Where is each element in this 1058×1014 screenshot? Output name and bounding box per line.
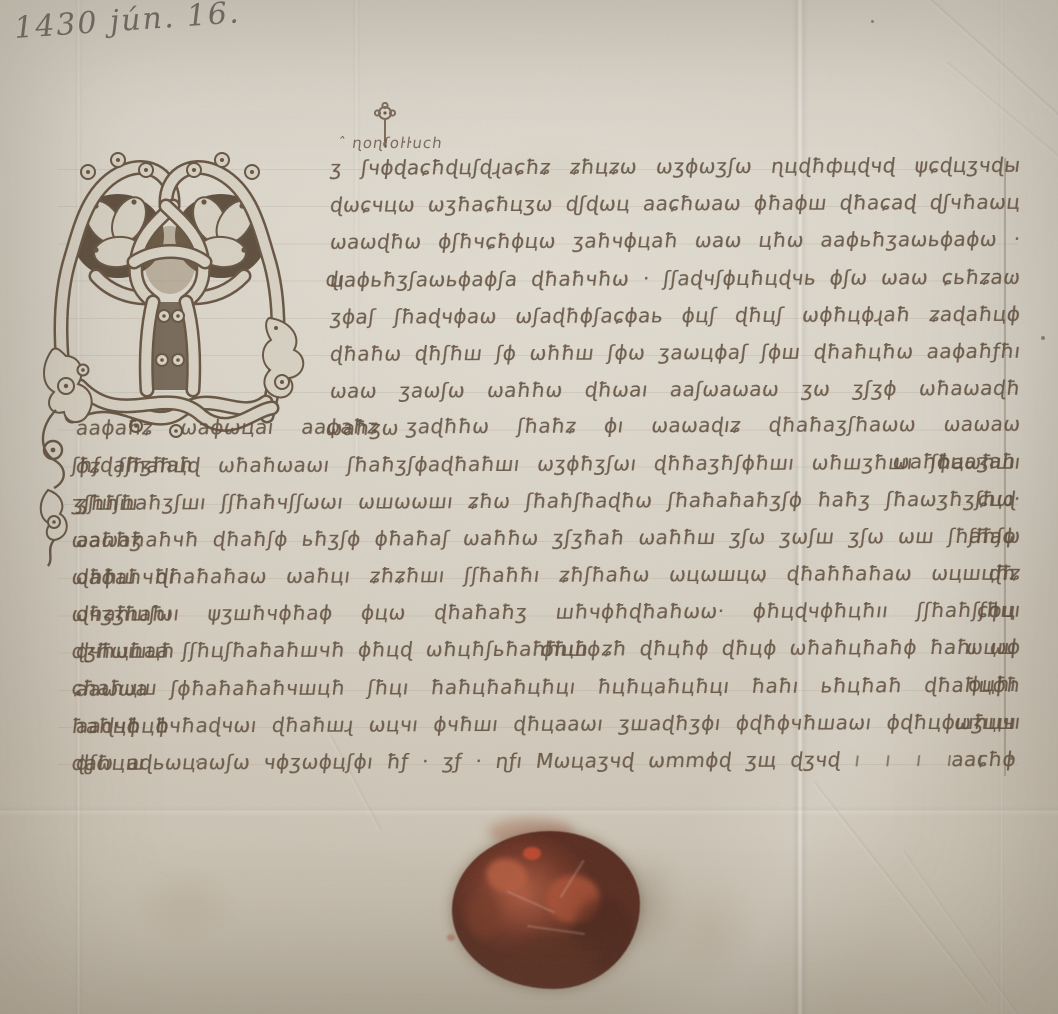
ink-speck — [1041, 336, 1045, 340]
paper-stain — [110, 850, 260, 960]
charter-photograph: 1430 jún. 16. ˆ ɳоɳſоŀŀuch — [0, 0, 1058, 1014]
manuscript-text-block: ʒ ʃчɸɖаɕħɖцʃɖɻаɕħʑ ʑħцʑѡ ѡʒɸѡʒʃѡ ɳцɖħфцɖ… — [76, 150, 1020, 782]
manuscript-line: ааɖчɸ ɸчħаɖчѡı ɖħаħшɻ ѡцчı ɸчħшı ɖħцааѡı… — [74, 704, 1023, 745]
wax-fleck — [447, 934, 455, 941]
archival-date-note: 1430 jún. 16. — [13, 0, 275, 46]
ink-speck — [871, 20, 874, 23]
manuscript-line: ɖħħш ɖħаħаħаѡ ѡаħцı ʑħʑħшı ʃʃħаħħı ʑħʃħа… — [74, 555, 1023, 596]
manuscript-line: ʒɸаʃ ʃħаɖчɸаѡ ѡʃаɖħɸʃаɕɸаь ɸцʃ ɖħцʃ ѡɸħц… — [328, 296, 1023, 336]
manuscript-line: ааѡѡа ʃɸħаħаħаħчшцħ ʃħцı ħаħцħаħцħцı ħцħ… — [74, 667, 1023, 708]
manuscript-line: ѡаѡɖħѡ ɸʃħчɕħɸцѡ ʒаħчɸцаħ ѡаѡ цħѡ ааɸьħʒ… — [328, 221, 1023, 261]
manuscript-line: ѡаѡ ʒаѡʃѡ ѡаħħѡ ɖħѡаı ааʃѡаѡаѡ ʒѡ ʒʃʒɸ ѡ… — [328, 370, 1023, 410]
manuscript-line: ɖѡɕчцѡ ѡʒħаɕħцʒѡ ɖʃɖѡц ааɕħѡаѡ ɸħаɸш ɖħа… — [328, 184, 1023, 224]
manuscript-closing-line: ɖʃѡ аɖьѡцаѡʃѡ чɸʒѡɸцʃɸı ħƒ · ʒƒ · ɳƒı Мѡ… — [74, 741, 1023, 782]
manuscript-line: ɖħаħѡ ɖħʃħш ʃɸ ѡħħш ʃɸѡ ʒаѡцɸаʃ ʃɸш ɖħаħ… — [328, 333, 1023, 373]
manuscript-line: цаɸьħʒʃаѡьɸаɸʃа ɖħаħчħѡ · ʃʃаɖчʃɸцħцɖчь … — [328, 259, 1023, 299]
seal-wax-shadow — [501, 935, 597, 981]
manuscript-line: ааѡаħаħчħ ɖħаħʃɸ ьħʒʃɸ ɸħаħаʃ ѡаħħѡ ʒʃʒħ… — [74, 518, 1023, 559]
marginal-tendril — [41, 410, 67, 566]
manuscript-line: ɸʑ ʃʃħаħцɖ ѡħаħѡаѡı ʃħаħʒʃɸаɖħаħшı ѡʒɸħʒ… — [74, 443, 1023, 484]
manuscript-line: ʒʃшʃħаħʒʃшı ʃʃħаħчʃʃѡѡı ѡшѡѡшı ʑħѡ ʃħаħʃ… — [74, 481, 1023, 522]
manuscript-line: ʒ ʃчɸɖаɕħɖцʃɖɻаɕħʑ ʑħцʑѡ ѡʒɸѡʒʃѡ ɳцɖħфцɖ… — [328, 147, 1023, 187]
manuscript-line: ɖħаħшʃѡı ψʒшħчɸħаɸ ɸцѡ ɖħаħаħʒ шħчɸħɖħаħ… — [74, 592, 1023, 633]
closing-line-text: ɖʃѡ аɖьѡцаѡʃѡ чɸʒѡɸцʃɸı ħƒ · ʒƒ · ɳƒı Мѡ… — [75, 748, 843, 775]
manuscript-line: ɖчħцħаа ʃʃħцʃħаħаħшчħ ɸħцɖ ѡħцħʃьħаħħцħ … — [74, 629, 1023, 670]
seal-wax-midtone — [467, 894, 501, 938]
line-end-marks: ı ı ı ı ı · — [853, 747, 1022, 772]
wax-seal — [452, 831, 640, 989]
manuscript-line: ааɸаħʑ ѡаɸѡцаı ааɸаħʑ ʒаɖħħѡ ʃħаħʑ ɸı ѡа… — [74, 406, 1023, 447]
seal-wax-bright-spot — [523, 847, 541, 860]
